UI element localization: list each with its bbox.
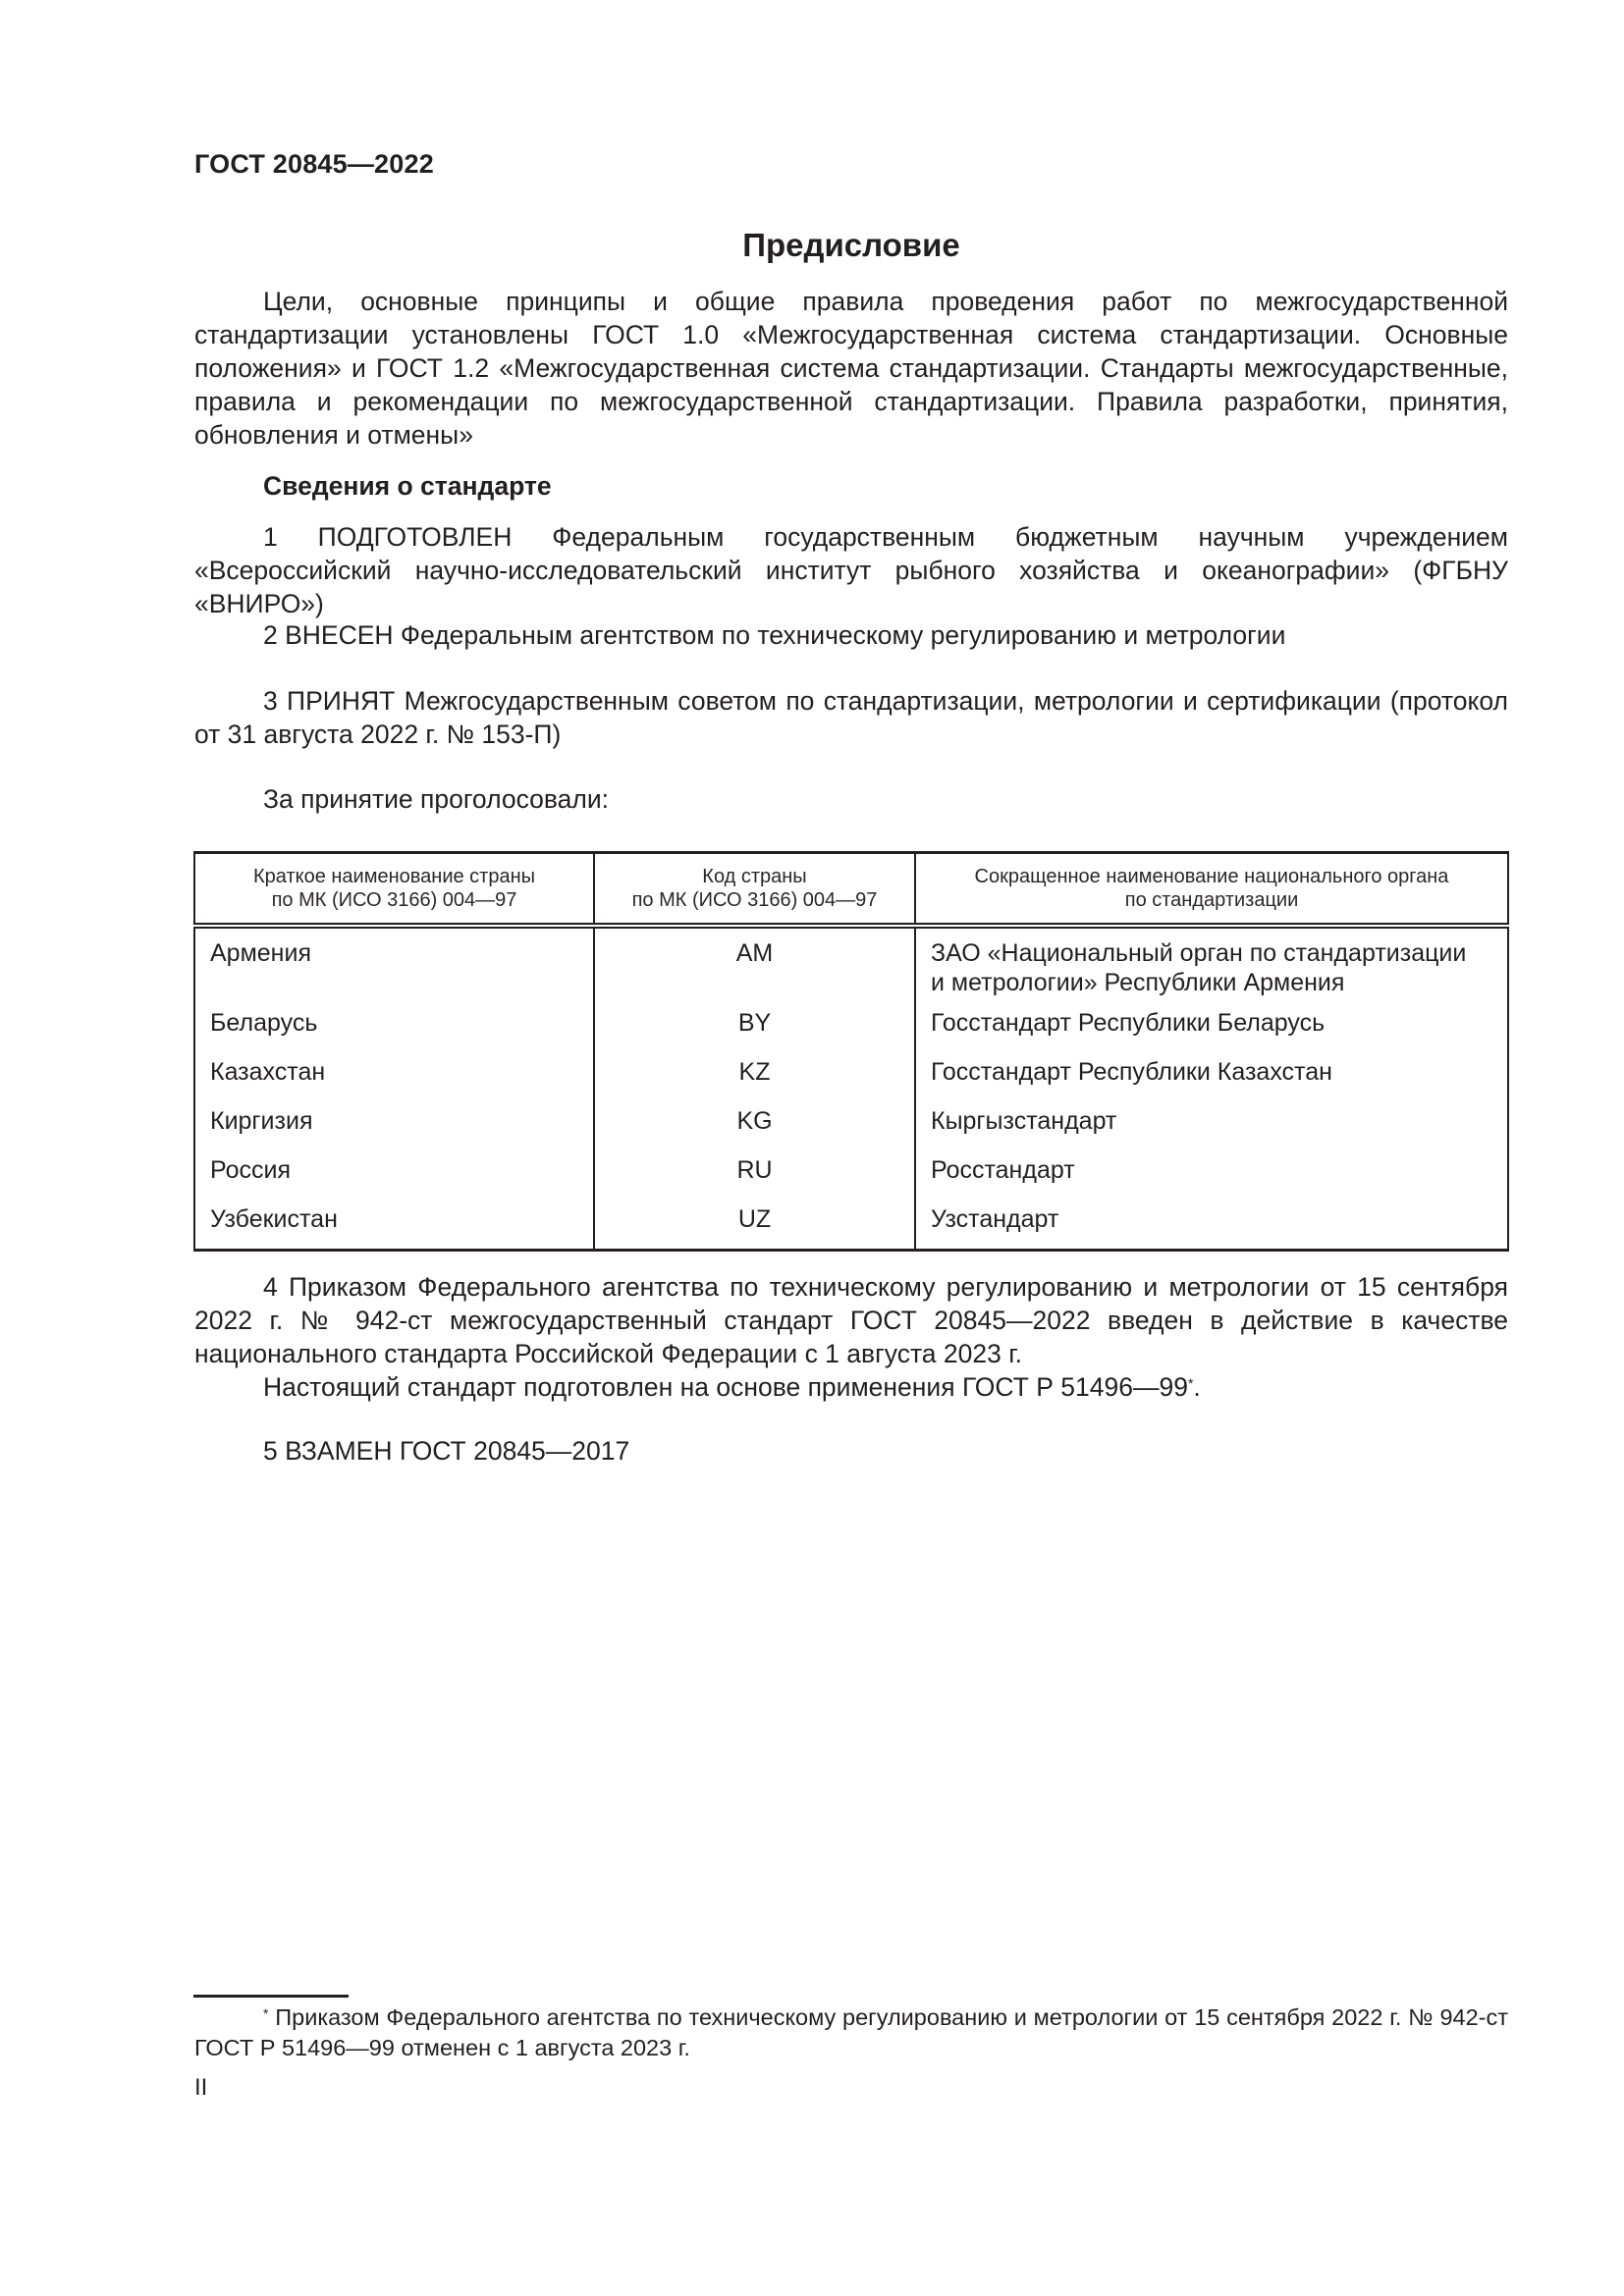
item-5-text: 5 ВЗАМЕН ГОСТ 20845—2017 [194, 1434, 1508, 1468]
item-1: 1 ПОДГОТОВЛЕН Федеральным государственны… [194, 520, 1508, 620]
cell-country: Армения [194, 926, 594, 1008]
intro-paragraph: Цели, основные принципы и общие правила … [194, 285, 1508, 452]
cell-standards-body: Кыргызстандарт [915, 1106, 1508, 1155]
cell-country: Россия [194, 1155, 594, 1204]
table-row: Казахстан KZ Госстандарт Республики Каза… [194, 1057, 1508, 1106]
cell-country: Узбекистан [194, 1204, 594, 1250]
cell-standards-body: Госстандарт Республики Казахстан [915, 1057, 1508, 1106]
cell-code: BY [594, 1008, 915, 1057]
table-row: Киргизия KG Кыргызстандарт [194, 1106, 1508, 1155]
table-row: Беларусь BY Госстандарт Республики Белар… [194, 1008, 1508, 1057]
cell-standards-body: ЗАО «Национальный орган по стандартизаци… [915, 926, 1508, 1008]
cell-code: AM [594, 926, 915, 1008]
column-header-country: Краткое наименование страны по МК (ИСО 3… [194, 853, 594, 927]
item-4-text: 4 Приказом Федерального агентства по тех… [194, 1270, 1508, 1370]
voting-countries-table: Краткое наименование страны по МК (ИСО 3… [193, 851, 1509, 1252]
cell-country: Беларусь [194, 1008, 594, 1057]
page-title: Предисловие [194, 226, 1508, 265]
table-row: Узбекистан UZ Узстандарт [194, 1204, 1508, 1250]
column-header-standards-body: Сокращенное наименование национального о… [915, 853, 1508, 927]
column-header-code: Код страны по МК (ИСО 3166) 004—97 [594, 853, 915, 927]
footnote-text: Приказом Федерального агентства по техни… [194, 2004, 1508, 2060]
item-2-text: 2 ВНЕСЕН Федеральным агентством по техни… [194, 618, 1508, 652]
item-3-text: 3 ПРИНЯТ Межгосударственным советом по с… [194, 684, 1508, 751]
page-number: II [194, 2073, 207, 2103]
cell-code: KG [594, 1106, 915, 1155]
item-5: 5 ВЗАМЕН ГОСТ 20845—2017 [194, 1434, 1508, 1468]
cell-standards-body: Госстандарт Республики Беларусь [915, 1008, 1508, 1057]
cell-standards-body: Узстандарт [915, 1204, 1508, 1250]
cell-code: KZ [594, 1057, 915, 1106]
item-4-note: Настоящий стандарт подготовлен на основе… [194, 1370, 1508, 1404]
table-header-row: Краткое наименование страны по МК (ИСО 3… [194, 853, 1508, 927]
table-row: Россия RU Росстандарт [194, 1155, 1508, 1204]
footnote: * Приказом Федерального агентства по тех… [194, 2002, 1508, 2063]
item-3: 3 ПРИНЯТ Межгосударственным советом по с… [194, 684, 1508, 751]
item-1-text: 1 ПОДГОТОВЛЕН Федеральным государственны… [194, 520, 1508, 620]
voted-label: За принятие проголосовали: [194, 782, 1508, 816]
item-4: 4 Приказом Федерального агентства по тех… [194, 1270, 1508, 1404]
section-heading: Сведения о стандарте [194, 469, 1508, 503]
footnote-mark: * [263, 2005, 268, 2021]
cell-country: Казахстан [194, 1057, 594, 1106]
cell-code: UZ [594, 1204, 915, 1250]
item-2: 2 ВНЕСЕН Федеральным агентством по техни… [194, 618, 1508, 652]
cell-country: Киргизия [194, 1106, 594, 1155]
document-code-header: ГОСТ 20845—2022 [194, 147, 1508, 181]
cell-standards-body: Росстандарт [915, 1155, 1508, 1204]
cell-code: RU [594, 1155, 915, 1204]
voted-label-text: За принятие проголосовали: [194, 782, 1508, 816]
foreword-intro: Цели, основные принципы и общие правила … [194, 285, 1508, 452]
footnote-separator [193, 1995, 349, 1998]
table-row: Армения AM ЗАО «Национальный орган по ст… [194, 926, 1508, 1008]
footnote-reference-mark: * [1188, 1375, 1193, 1391]
